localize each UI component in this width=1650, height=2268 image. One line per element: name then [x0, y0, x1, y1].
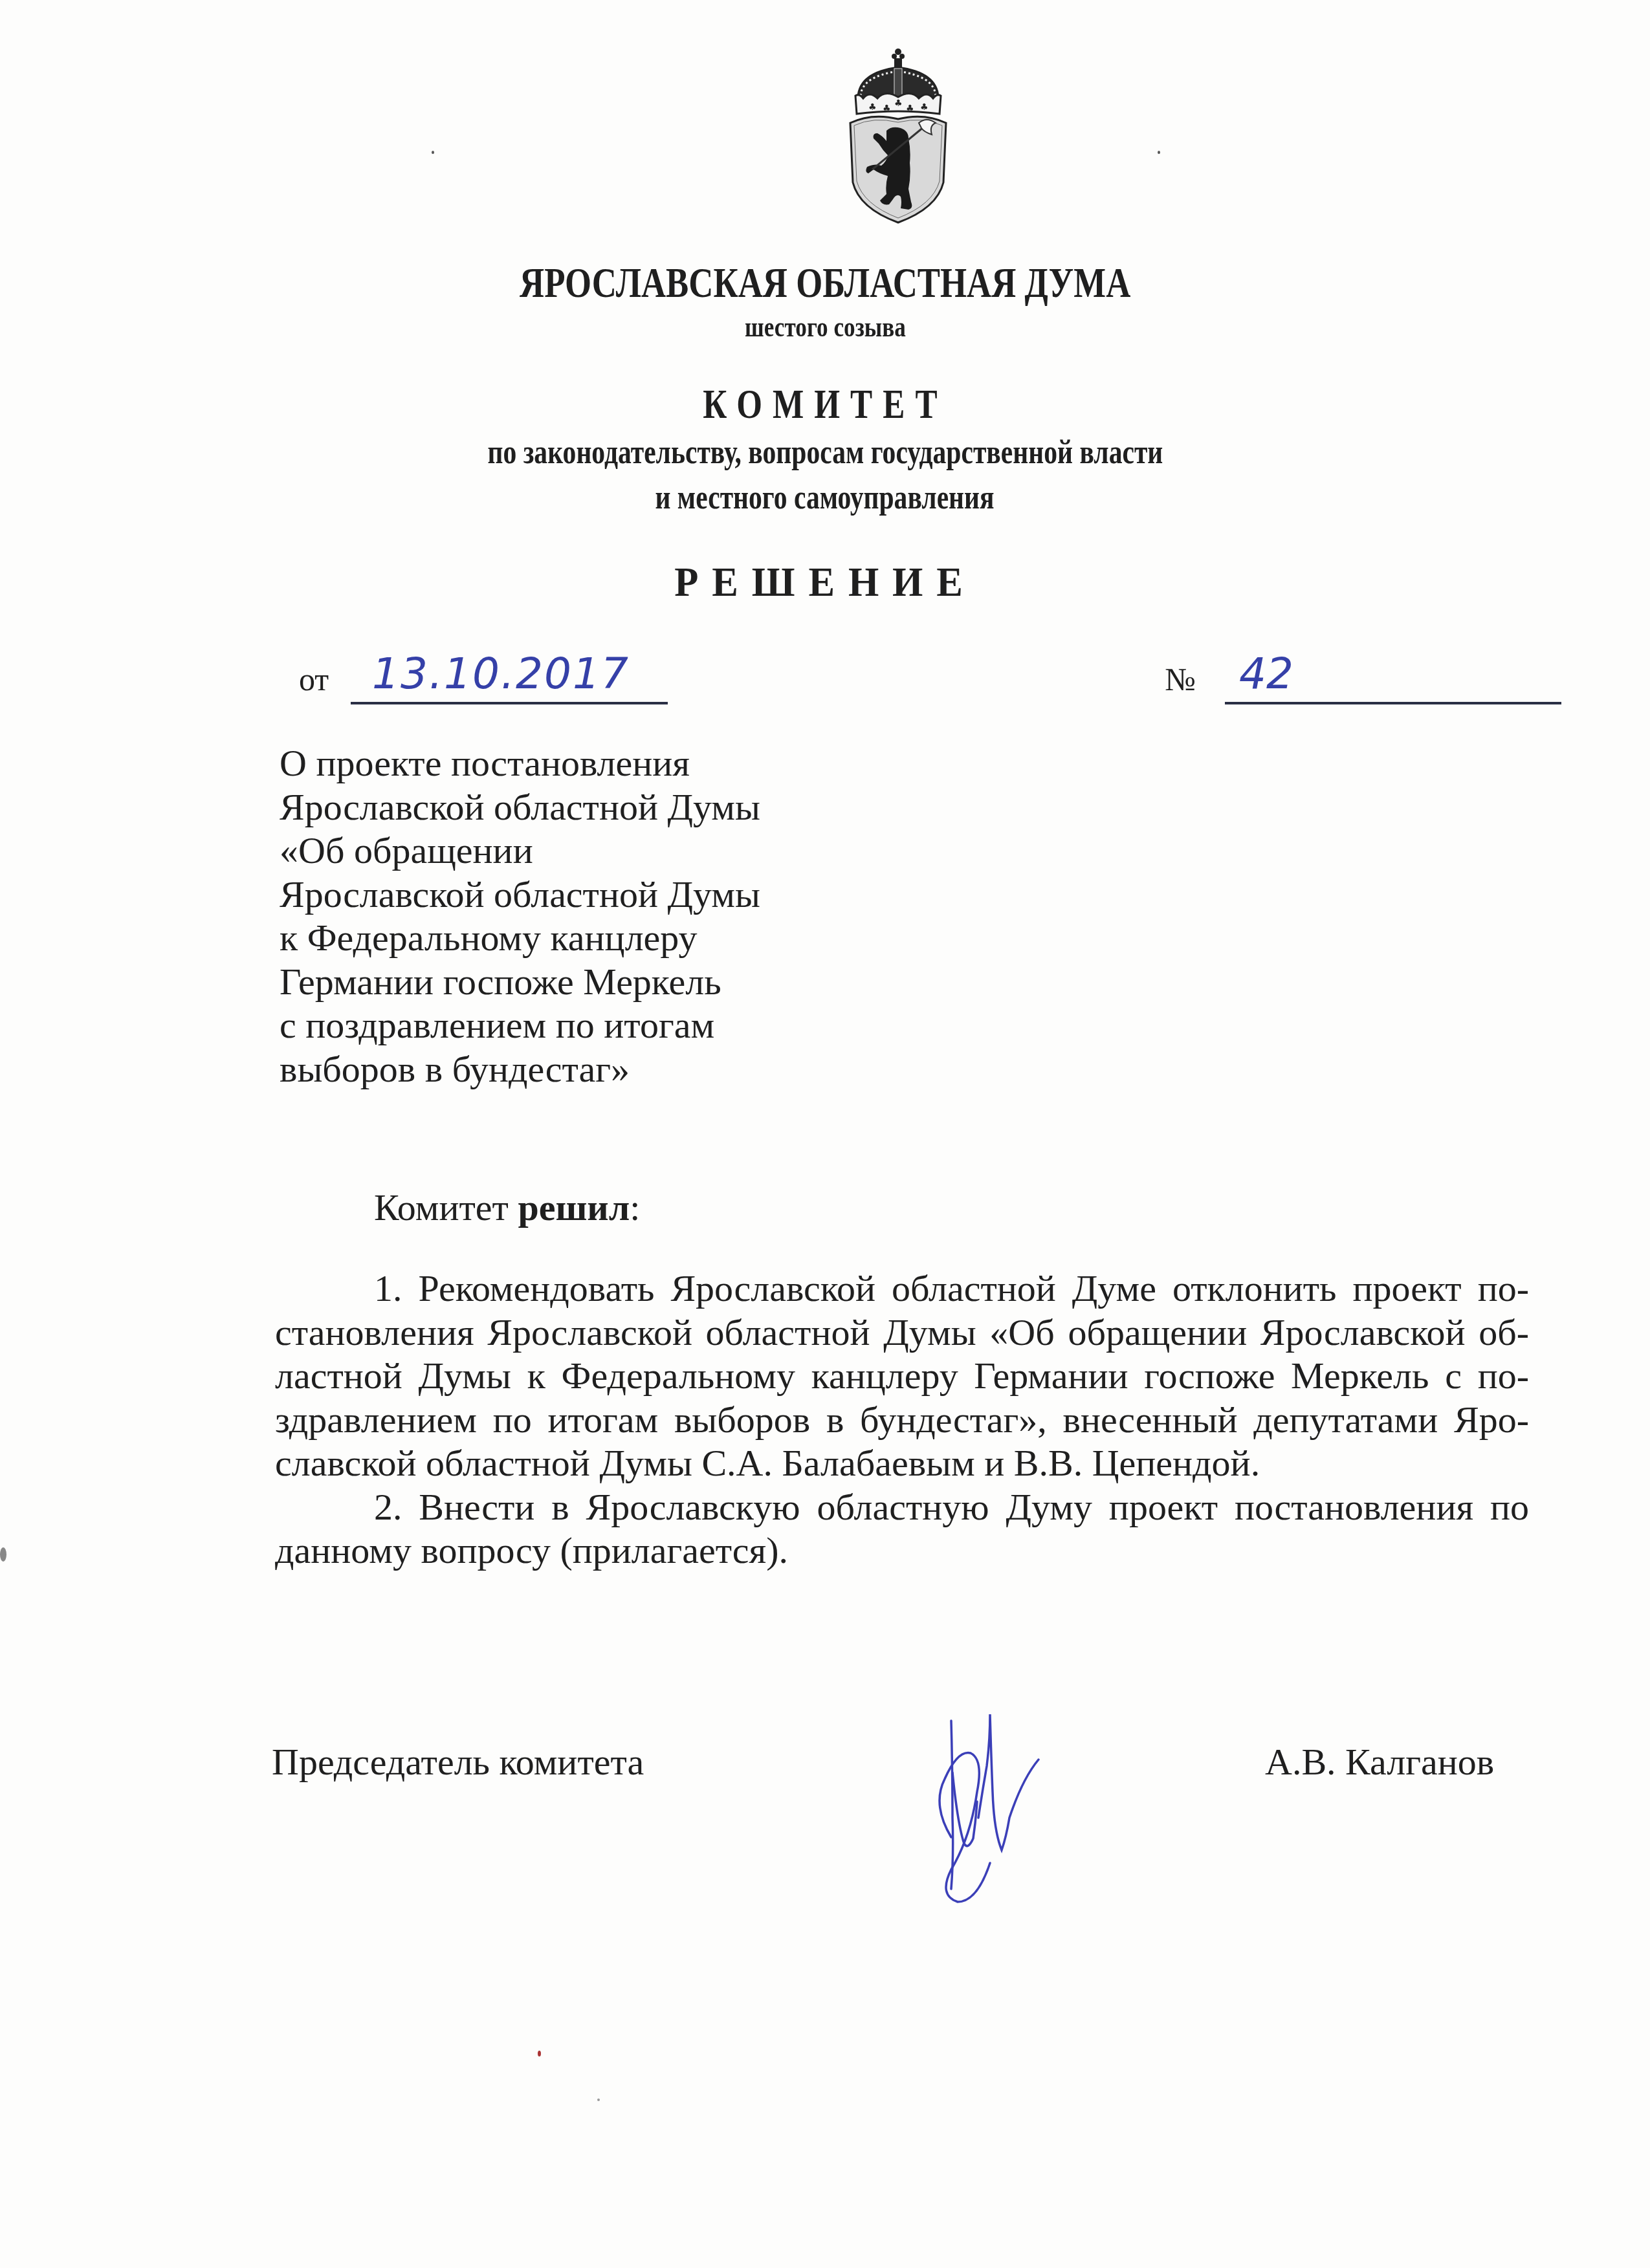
subject-line: выборов в бундестаг» — [280, 1047, 862, 1091]
handwritten-signature-icon — [906, 1688, 1119, 1921]
paragraph-2-line: 2. Внести в Ярославскую областную Думу п… — [275, 1485, 1529, 1529]
paragraph-1-line: здравлением по итогам выборов в бундеста… — [275, 1398, 1529, 1442]
coat-of-arms-icon: ♣ ♣ ♣ ♣ ♣ — [846, 47, 950, 224]
scan-artifact — [432, 151, 434, 154]
svg-text:♣: ♣ — [868, 102, 877, 113]
document-type-heading: РЕШЕНИЕ — [0, 556, 1650, 608]
date-label: от — [299, 660, 329, 699]
organization-name: ЯРОСЛАВСКАЯ ОБЛАСТНАЯ ДУМА — [0, 257, 1650, 309]
number-handwritten: 42 — [1239, 648, 1293, 700]
body-type-heading: КОМИТЕТ — [0, 378, 1650, 430]
svg-text:♣: ♣ — [883, 104, 891, 114]
resolution-body: 1. Рекомендовать Ярославской областной Д… — [275, 1267, 1529, 1573]
scan-artifact — [1158, 151, 1160, 154]
resolution-keyword: решил — [518, 1186, 630, 1228]
subject-line: к Федеральному канцлеру — [280, 916, 862, 960]
number-label: № — [1165, 660, 1196, 699]
svg-text:♣: ♣ — [906, 104, 914, 114]
committee-name-line-1: по законодательству, вопросам государств… — [0, 432, 1650, 474]
subject-line: Ярославской областной Думы — [280, 785, 862, 829]
scan-artifact — [0, 1547, 6, 1562]
subject-line: «Об обращении — [280, 829, 862, 873]
signatory-name: А.В. Калганов — [1265, 1740, 1494, 1783]
convocation: шестого созыва — [0, 309, 1650, 345]
subject-block: О проекте постановления Ярославской обла… — [280, 741, 862, 1091]
committee-name-line-2: и местного самоуправления — [0, 477, 1650, 519]
paragraph-1-line: становления Ярославской областной Думы «… — [275, 1311, 1529, 1355]
subject-line: О проекте постановления — [280, 741, 862, 785]
date-handwritten: 13.10.2017 — [372, 648, 630, 700]
paragraph-1-line: ластной Думы к Федеральному канцлеру Гер… — [275, 1354, 1529, 1398]
paragraph-1-line: славской областной Думы С.А. Балабаевым … — [275, 1441, 1529, 1485]
signatory-role: Председатель комитета — [272, 1740, 644, 1783]
resolution-intro: Комитет решил: — [374, 1186, 640, 1229]
paragraph-1-line: 1. Рекомендовать Ярославской областной Д… — [275, 1267, 1529, 1311]
number-underline — [1225, 702, 1561, 704]
scan-artifact — [597, 2099, 600, 2101]
date-underline — [351, 702, 668, 704]
subject-line: Ярославской областной Думы — [280, 873, 862, 917]
scan-artifact — [538, 2051, 541, 2056]
subject-line: с поздравлением по итогам — [280, 1003, 862, 1047]
paragraph-2-line: данному вопросу (прилагается). — [275, 1529, 1529, 1573]
svg-text:♣: ♣ — [894, 98, 903, 109]
subject-line: Германии госпоже Меркель — [280, 960, 862, 1004]
svg-text:♣: ♣ — [920, 102, 929, 113]
